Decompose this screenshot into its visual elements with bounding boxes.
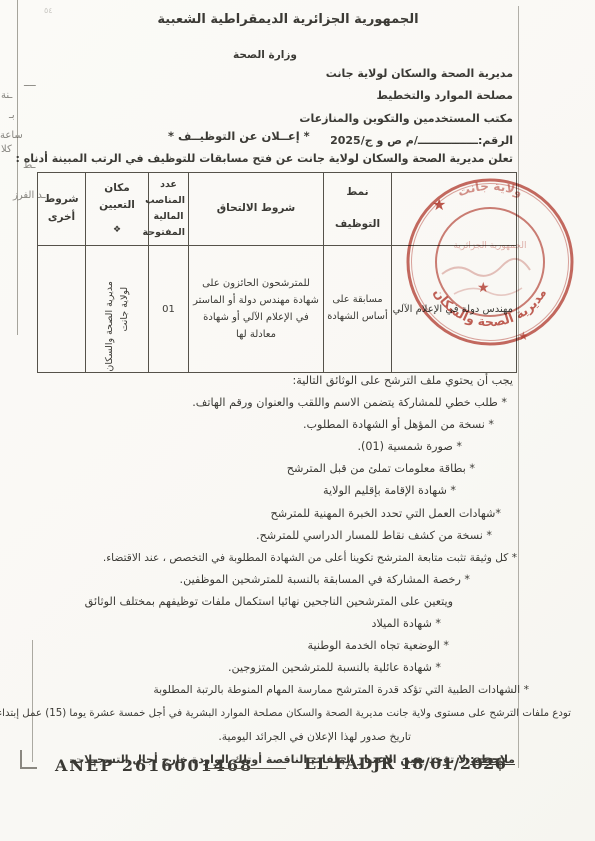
positions-header-cell: عدد المناصب المالية المفتوحة	[149, 173, 189, 246]
document-item: * شهادة الميلاد	[38, 613, 515, 635]
stamp-star-icon: ★	[518, 329, 529, 343]
anep-reference: ANEP 2616001468	[55, 756, 253, 775]
margin-fragment: كلا	[1, 144, 12, 155]
republic-title: الجمهورية الجزائرية الديمقراطية الشعبية	[138, 12, 438, 27]
document-item: * طلب خطي للمشاركة يتضمن الاسم واللقب وا…	[38, 392, 515, 414]
diamond-symbol-icon: ❖	[113, 223, 121, 238]
stamp-star-icon: ★	[432, 195, 446, 214]
announcement-title: * إعــلان عن التوظيــف *	[168, 129, 310, 143]
conditions-cell: للمترشحون الحائزون على شهادة مهندس دولة …	[189, 246, 324, 373]
document-item: * رخصة المشاركة في المسابقة بالنسبة للمت…	[38, 569, 515, 591]
deposit-instructions-line2: تاريخ صدور لهذا الإعلان في الجرائد اليوم…	[38, 726, 571, 749]
location-value-line2: لولاية جانت	[117, 281, 132, 337]
document-item: * نسخة من المؤهل أو الشهادة المطلوب.	[38, 414, 515, 436]
left-column-rule	[17, 0, 18, 335]
mode-cell: مسابقة على أساس الشهادة	[324, 246, 392, 373]
crop-corner-bottom-left	[20, 750, 37, 769]
journal-name-date: EL FADJR 18/01/2026	[304, 754, 506, 773]
document-item: * بطاقة معلومات تملئ من قبل المترشح	[38, 458, 515, 480]
margin-fragment: بـ	[9, 110, 15, 121]
scanned-job-announcement-page: ــــ ـنة بـ ساعة كلا ـط ـد الفرز ٥٤ الجم…	[0, 0, 595, 841]
positions-value: 01	[162, 304, 175, 315]
location-header-cell: مكان التعيين ❖	[86, 173, 149, 246]
location-header-label: مكان التعيين	[89, 180, 145, 216]
mode-header-label: نمط	[327, 184, 388, 202]
issuer-block: مديرية الصحة والسكان لولاية جانت مصلحة ا…	[299, 63, 513, 153]
ministry-line: وزارة الصحة	[200, 49, 330, 61]
margin-fragment: ٥٤	[44, 6, 53, 15]
location-cell: مديرية الصحة والسكان لولاية جانت	[86, 246, 149, 373]
document-item: *شهادات العمل التي تحدد الخبرة المهنية ل…	[38, 503, 515, 525]
conditions-value: للمترشحون الحائزون على شهادة مهندس دولة …	[193, 278, 319, 340]
required-documents-section: يجب أن يحتوي ملف الترشح على الوثائق التا…	[38, 370, 515, 701]
positions-cell: 01	[149, 246, 189, 373]
successful-candidates-note: ويتعين على المترشحين الناجحين نهائيا است…	[38, 591, 515, 613]
reference-number-line: الرقم:ــــــــــــــــ/م ص و ج/2025	[299, 130, 513, 152]
other-cell	[38, 246, 86, 373]
documents-intro: يجب أن يحتوي ملف الترشح على الوثائق التا…	[38, 370, 515, 392]
document-item: * الوضعية تجاه الخدمة الوطنية	[38, 635, 515, 657]
document-item: * نسخة من كشف نقاط للمسار الدراسي للمترش…	[38, 525, 515, 547]
mode-header-cell: نمط التوظيف	[324, 173, 392, 246]
mode-header-label: التوظيف	[327, 216, 388, 234]
document-item: * كل وثيقة تثبت متابعة المترشح تكوينا أع…	[38, 547, 517, 569]
margin-fragment: ساعة	[0, 130, 23, 141]
right-column-rule	[518, 6, 519, 768]
document-item: * شهادة الإقامة بإقليم الولاية	[38, 480, 515, 502]
office-line: مكتب المستخدمين والتكوين والمنازعات	[299, 108, 513, 130]
announcement-intro: تعلن مديرية الصحة والسكان لولاية جانت عن…	[15, 152, 513, 165]
left-column-rule-bottom	[32, 640, 33, 762]
directorate-line: مديرية الصحة والسكان لولاية جانت	[299, 63, 513, 85]
stamp-star-icon: ★	[477, 280, 490, 296]
service-line: مصلحة الموارد والتخطيط	[299, 85, 513, 107]
mode-value: مسابقة على أساس الشهادة	[327, 294, 387, 322]
margin-fragment: ـنة	[1, 90, 12, 101]
deposit-instructions-line1: تودع ملفات الترشح على مستوى ولاية جانت م…	[38, 703, 571, 726]
other-header-cell: شروط أخرى	[38, 173, 86, 246]
conditions-header-label: شروط الالتحاق	[217, 202, 296, 214]
other-header-label: شروط أخرى	[44, 193, 78, 223]
document-item: * صورة شمسية (01).	[38, 436, 515, 458]
positions-header-label: عدد المناصب المالية المفتوحة	[143, 179, 185, 238]
location-value-line1: مديرية الصحة والسكان	[102, 281, 117, 337]
official-red-stamp: ولاية جانت مديرية الصحة والسكان الجمهوري…	[402, 174, 578, 350]
stamp-inner-text: الجمهورية الجزائرية	[454, 241, 527, 251]
document-item: * شهادة عائلية بالنسبة للمترشحين المتزوج…	[38, 657, 515, 679]
footer-divider-dash	[206, 768, 286, 769]
margin-fragment: ــــ	[24, 78, 36, 89]
document-item: * الشهادات الطبية التي تؤكد قدرة المترشح…	[38, 679, 529, 701]
conditions-header-cell: شروط الالتحاق	[189, 173, 324, 246]
